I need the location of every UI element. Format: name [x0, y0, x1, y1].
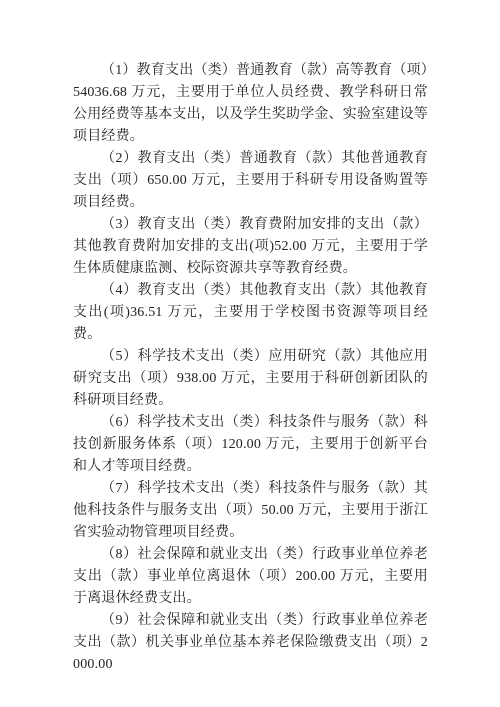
- paragraph-1: （1）教育支出（类）普通教育（款）高等教育（项）54036.68 万元，主要用于…: [73, 60, 428, 148]
- paragraph-6: （6）科学技术支出（类）科技条件与服务（款）科技创新服务体系（项）120.00 …: [73, 412, 428, 478]
- paragraph-2: （2）教育支出（类）普通教育（款）其他普通教育支出（项）650.00 万元，主要…: [73, 148, 428, 214]
- paragraph-9: （9）社会保障和就业支出（类）行政事业单位养老支出（款）机关事业单位基本养老保险…: [73, 610, 428, 676]
- paragraph-5: （5）科学技术支出（类）应用研究（款）其他应用研究支出（项）938.00 万元，…: [73, 346, 428, 412]
- paragraph-8: （8）社会保障和就业支出（类）行政事业单位养老支出（款）事业单位离退休（项）20…: [73, 544, 428, 610]
- paragraph-4: （4）教育支出（类）其他教育支出（款）其他教育支出(项)36.51 万元，主要用…: [73, 280, 428, 346]
- document-page: （1）教育支出（类）普通教育（款）高等教育（项）54036.68 万元，主要用于…: [0, 0, 500, 707]
- paragraph-3: （3）教育支出（类）教育费附加安排的支出（款）其他教育费附加安排的支出(项)52…: [73, 214, 428, 280]
- paragraph-7: （7）科学技术支出（类）科技条件与服务（款）其他科技条件与服务支出（项）50.0…: [73, 478, 428, 544]
